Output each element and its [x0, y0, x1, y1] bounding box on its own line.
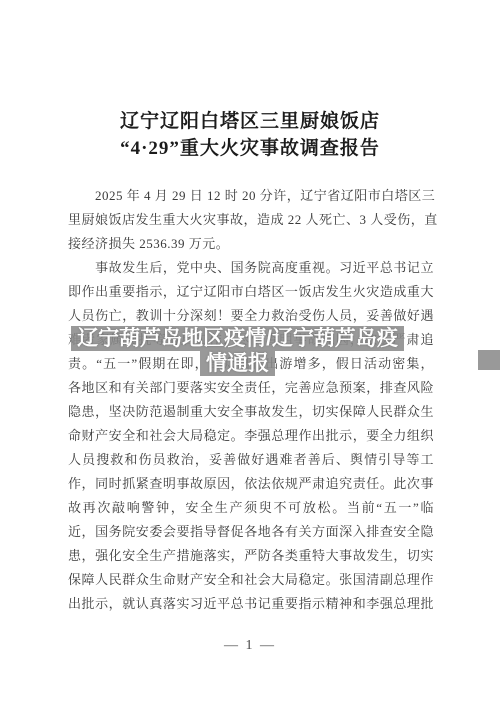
body-text-line: 隐患，坚决防范遏制重大安全事故发生，切实保障人民群众生 — [68, 400, 434, 424]
body-text-line: 2025 年 4 月 29 日 12 时 20 分许，辽宁省辽阳市白塔区三 — [68, 184, 434, 208]
document-title: 辽宁辽阳白塔区三里厨娘饭店 “4·29”重大火灾事故调查报告 — [0, 108, 500, 162]
body-text-line: 近，国务院安委会要指导督促各地各有关方面深入排查安全隐 — [68, 520, 434, 544]
body-text-line: 人员伤亡，教训十分深刻！要全力救治受伤人员，妥善做好遇 — [68, 304, 434, 328]
body-text-line: 难者家属安抚等善后工作，尽快查明事故原因，依法严肃追 — [68, 328, 434, 352]
body-text-line: 事故发生后，党中央、国务院高度重视。习近平总书记立 — [68, 256, 434, 280]
title-line-2: “4·29”重大火灾事故调查报告 — [0, 135, 500, 162]
page-number: — 1 — — [0, 638, 500, 654]
body-text-line: 人员搜救和伤员救治，妥善做好遇难者善后、舆情引导等工 — [68, 448, 434, 472]
body-text-line: 即作出重要指示，辽宁辽阳市白塔区一饭店发生火灾造成重大 — [68, 280, 434, 304]
title-line-1: 辽宁辽阳白塔区三里厨娘饭店 — [0, 108, 500, 135]
body-text-line: 命财产安全和社会大局稳定。李强总理作出批示，要全力组织 — [68, 424, 434, 448]
body-text-line: 接经济损失 2536.39 万元。 — [68, 232, 434, 256]
body-text-line: 保障人民群众生命财产安全和社会大局稳定。张国清副总理作 — [68, 568, 434, 592]
document-body: 2025 年 4 月 29 日 12 时 20 分许，辽宁省辽阳市白塔区三里厨娘… — [68, 184, 434, 616]
body-text-line: 各地区和有关部门要落实安全责任，完善应急预案，排查风险 — [68, 376, 434, 400]
body-text-line: 故再次敲响警钟，安全生产须臾不可放松。当前“五一”临 — [68, 496, 434, 520]
body-text-line: 责。“五一”假期在即，群众出行出游增多，假日活动密集， — [68, 352, 434, 376]
body-text-line: 作，同时抓紧查明事故原因，依法依规严肃追究责任。此次事 — [68, 472, 434, 496]
body-text-line: 里厨娘饭店发生重大火灾事故，造成 22 人死亡、3 人受伤，直 — [68, 208, 434, 232]
body-text-line: 患，强化安全生产措施落实，严防各类重特大事故发生，切实 — [68, 544, 434, 568]
body-text-line: 出批示，就认真落实习近平总书记重要指示精神和李强总理批 — [68, 592, 434, 616]
document-page: 辽宁辽阳白塔区三里厨娘饭店 “4·29”重大火灾事故调查报告 2025 年 4 … — [0, 0, 500, 707]
watermark-fragment — [478, 350, 500, 370]
